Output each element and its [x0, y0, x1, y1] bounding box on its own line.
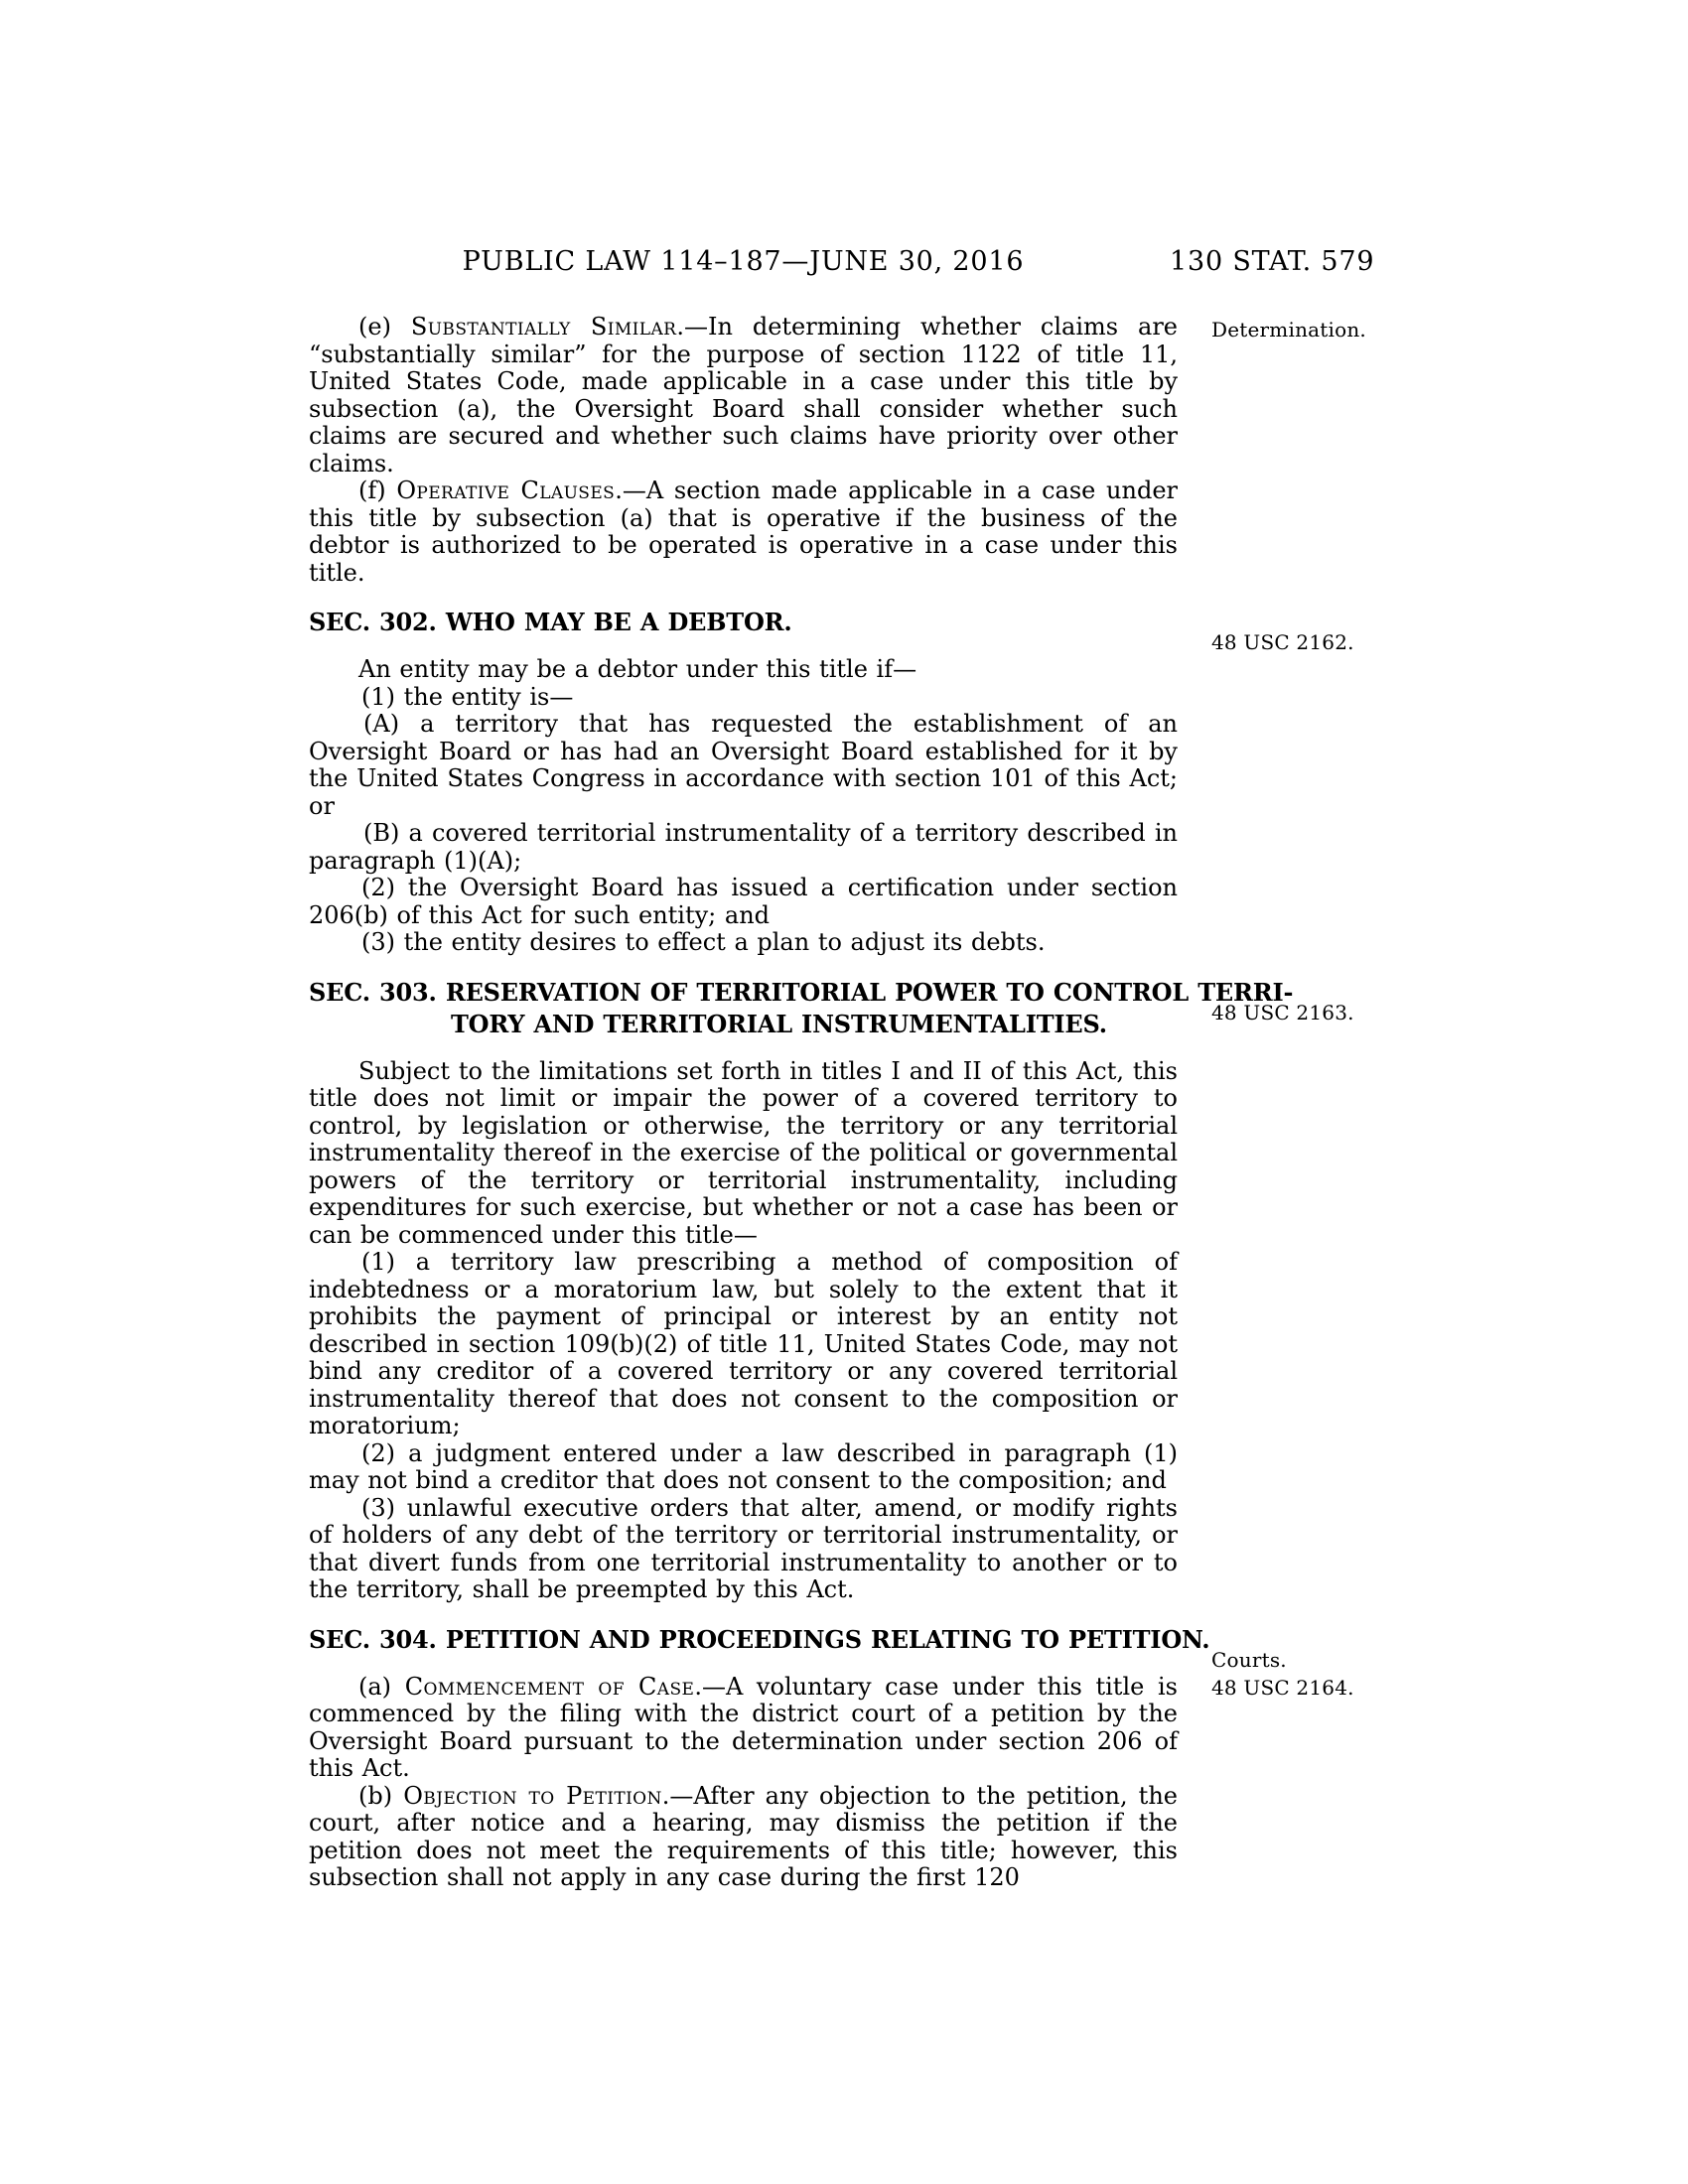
small-caps-phrase: Substantially Similar — [411, 313, 676, 341]
section-heading: SEC. 302. WHO MAY BE A DEBTOR. — [309, 607, 1178, 638]
paragraph-text: (A) a territory that has requested the e… — [309, 710, 1178, 820]
statute-paragraph: (b) Objection to Petition.—After any obj… — [309, 1783, 1178, 1892]
statute-paragraph: (2) a judgment entered under a law descr… — [309, 1440, 1178, 1495]
statute-paragraph: (2) the Oversight Board has issued a cer… — [309, 875, 1178, 929]
running-head-law-title: PUBLIC LAW 114–187—JUNE 30, 2016 — [309, 246, 1178, 277]
paragraph-block: (A) a territory that has requested the e… — [309, 711, 1178, 820]
margin-note-line: Determination. — [1211, 316, 1440, 343]
statute-paragraph: An entity may be a debtor under this tit… — [309, 656, 1178, 684]
margin-note-line: 48 USC 2162. — [1211, 628, 1440, 656]
paragraph-block: An entity may be a debtor under this tit… — [309, 656, 1178, 684]
statute-paragraph: (A) a territory that has requested the e… — [309, 711, 1178, 820]
section-heading-line: SEC. 302. WHO MAY BE A DEBTOR. — [309, 607, 1178, 638]
paragraph-block: (a) Commencement of Case.—A voluntary ca… — [309, 1674, 1178, 1783]
margin-note: 48 USC 2163. — [1211, 999, 1440, 1026]
margin-note-line: Courts. — [1211, 1646, 1440, 1674]
statute-paragraph: (3) unlawful executive orders that alter… — [309, 1495, 1178, 1604]
running-head-stat-page: 130 STAT. 579 — [1170, 246, 1374, 277]
margin-note: Determination. — [1211, 316, 1440, 343]
paragraph-block: (e) Substantially Similar.—In determinin… — [309, 314, 1178, 478]
statute-paragraph: (3) the entity desires to effect a plan … — [309, 929, 1178, 957]
paragraph-block: (B) a covered territorial instrumentalit… — [309, 820, 1178, 875]
margin-note-line: 48 USC 2163. — [1211, 999, 1440, 1026]
margin-note: Courts.48 USC 2164. — [1211, 1646, 1440, 1702]
section-heading-block: SEC. 303. RESERVATION OF TERRITORIAL POW… — [309, 977, 1178, 1040]
statute-paragraph: Subject to the limitations set forth in … — [309, 1058, 1178, 1250]
paragraph-text: (1) the entity is— — [361, 683, 573, 711]
paragraph-text: (2) a judgment entered under a law descr… — [309, 1439, 1178, 1495]
statute-paragraph: (B) a covered territorial instrumentalit… — [309, 820, 1178, 875]
margin-note: 48 USC 2162. — [1211, 628, 1440, 656]
small-caps-phrase: Objection to Petition — [403, 1782, 662, 1810]
paragraph-block: (3) unlawful executive orders that alter… — [309, 1495, 1178, 1604]
section-heading-block: SEC. 302. WHO MAY BE A DEBTOR.48 USC 216… — [309, 607, 1178, 638]
paragraph-block: (2) a judgment entered under a law descr… — [309, 1440, 1178, 1495]
paragraph-block: (3) the entity desires to effect a plan … — [309, 929, 1178, 957]
paragraph-text: (b) — [358, 1782, 403, 1810]
section-heading-line: SEC. 303. RESERVATION OF TERRITORIAL POW… — [309, 977, 1178, 1009]
paragraph-block: (f) Operative Clauses.—A section made ap… — [309, 478, 1178, 587]
paragraph-text: (3) unlawful executive orders that alter… — [309, 1494, 1178, 1604]
paragraph-text: An entity may be a debtor under this tit… — [358, 655, 916, 683]
paragraph-block: Subject to the limitations set forth in … — [309, 1058, 1178, 1250]
section-heading: SEC. 303. RESERVATION OF TERRITORIAL POW… — [309, 977, 1178, 1040]
text-column: (e) Substantially Similar.—In determinin… — [309, 314, 1178, 1892]
paragraph-text: (a) — [358, 1673, 405, 1701]
paragraph-text: (f) — [358, 477, 396, 504]
section-heading-line: SEC. 304. PETITION AND PROCEEDINGS RELAT… — [309, 1624, 1178, 1656]
small-caps-phrase: Operative Clauses — [396, 477, 615, 504]
paragraph-text: (B) a covered territorial instrumentalit… — [309, 819, 1178, 875]
section-heading-block: SEC. 304. PETITION AND PROCEEDINGS RELAT… — [309, 1624, 1178, 1656]
paragraph-text: (e) — [358, 313, 411, 341]
statute-paragraph: (e) Substantially Similar.—In determinin… — [309, 314, 1178, 478]
margin-note-line: 48 USC 2164. — [1211, 1674, 1440, 1702]
statute-paragraph: (f) Operative Clauses.—A section made ap… — [309, 478, 1178, 587]
paragraph-block: (1) a territory law prescribing a method… — [309, 1249, 1178, 1440]
statute-page: PUBLIC LAW 114–187—JUNE 30, 2016 130 STA… — [0, 0, 1688, 2184]
paragraph-block: (2) the Oversight Board has issued a cer… — [309, 875, 1178, 929]
section-heading-line: TORY AND TERRITORIAL INSTRUMENTALITIES. — [309, 1009, 1178, 1040]
paragraph-block: (1) the entity is— — [309, 684, 1178, 712]
paragraph-text: Subject to the limitations set forth in … — [309, 1057, 1178, 1249]
paragraph-text: (1) a territory law prescribing a method… — [309, 1248, 1178, 1439]
small-caps-phrase: Commencement of Case — [405, 1673, 695, 1701]
paragraph-block: (b) Objection to Petition.—After any obj… — [309, 1783, 1178, 1892]
section-heading: SEC. 304. PETITION AND PROCEEDINGS RELAT… — [309, 1624, 1178, 1656]
statute-paragraph: (a) Commencement of Case.—A voluntary ca… — [309, 1674, 1178, 1783]
paragraph-text: (2) the Oversight Board has issued a cer… — [309, 874, 1178, 929]
paragraph-text: (3) the entity desires to effect a plan … — [361, 928, 1045, 956]
statute-paragraph: (1) the entity is— — [309, 684, 1178, 712]
statute-paragraph: (1) a territory law prescribing a method… — [309, 1249, 1178, 1440]
